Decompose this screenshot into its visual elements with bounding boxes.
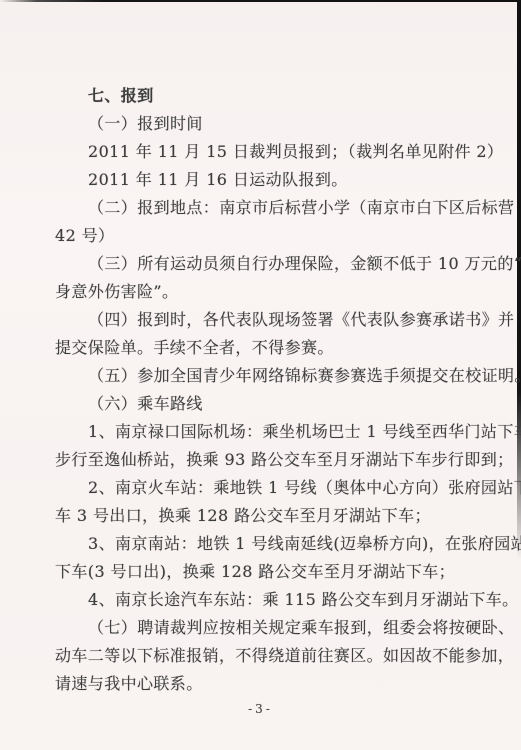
text-line: 2011 年 11 月 15 日裁判员报到；（裁判名单见附件 2） (55, 138, 468, 166)
text-line: （二）报到地点：南京市后标营小学（南京市白下区后标营 (55, 194, 468, 222)
scan-artifact-top-edge (0, 0, 521, 2)
scanned-document-page: { "colors": { "paper": "#f9f4f2", "ink":… (0, 0, 521, 750)
text-line: 请速与我中心联系。 (55, 670, 468, 698)
text-line: 42 号） (55, 222, 468, 250)
text-line: （五）参加全国青少年网络锦标赛参赛选手须提交在校证明。 (55, 362, 468, 390)
scan-artifact-right-edge (517, 0, 521, 560)
document-body: 七、报到 （一）报到时间 2011 年 11 月 15 日裁判员报到；（裁判名单… (55, 82, 468, 698)
page-number: -3- (0, 702, 521, 716)
text-line: 下车(3 号口出)，换乘 128 路公交车至月牙湖站下车； (55, 558, 468, 586)
text-line: 身意外伤害险”。 (55, 278, 468, 306)
text-line: （六）乘车路线 (55, 390, 468, 418)
text-line: （七）聘请裁判应按相关规定乘车报到，组委会将按硬卧、 (55, 614, 468, 642)
text-line: 3、南京南站：地铁 1 号线南延线(迈皋桥方向)，在张府园站 (55, 530, 468, 558)
text-line: 提交保险单。手续不全者，不得参赛。 (55, 334, 468, 362)
text-line: 车 3 号出口，换乘 128 路公交车至月牙湖站下车； (55, 502, 468, 530)
text-line: （一）报到时间 (55, 110, 468, 138)
section-heading: 七、报到 (55, 82, 468, 110)
text-line: 步行至逸仙桥站，换乘 93 路公交车至月牙湖站下车步行即到； (55, 446, 468, 474)
text-line: 动车二等以下标准报销，不得绕道前往赛区。如因故不能参加， (55, 642, 468, 670)
text-line: 1、南京禄口国际机场：乘坐机场巴士 1 号线至西华门站下车 (55, 418, 468, 446)
text-line: 4、南京长途汽车东站：乘 115 路公交车到月牙湖站下车。 (55, 586, 468, 614)
text-line: （三）所有运动员须自行办理保险，金额不低于 10 万元的“人 (55, 250, 468, 278)
text-line: （四）报到时，各代表队现场签署《代表队参赛承诺书》并 (55, 306, 468, 334)
text-line: 2、南京火车站：乘地铁 1 号线（奥体中心方向）张府园站下 (55, 474, 468, 502)
text-line: 2011 年 11 月 16 日运动队报到。 (55, 166, 468, 194)
